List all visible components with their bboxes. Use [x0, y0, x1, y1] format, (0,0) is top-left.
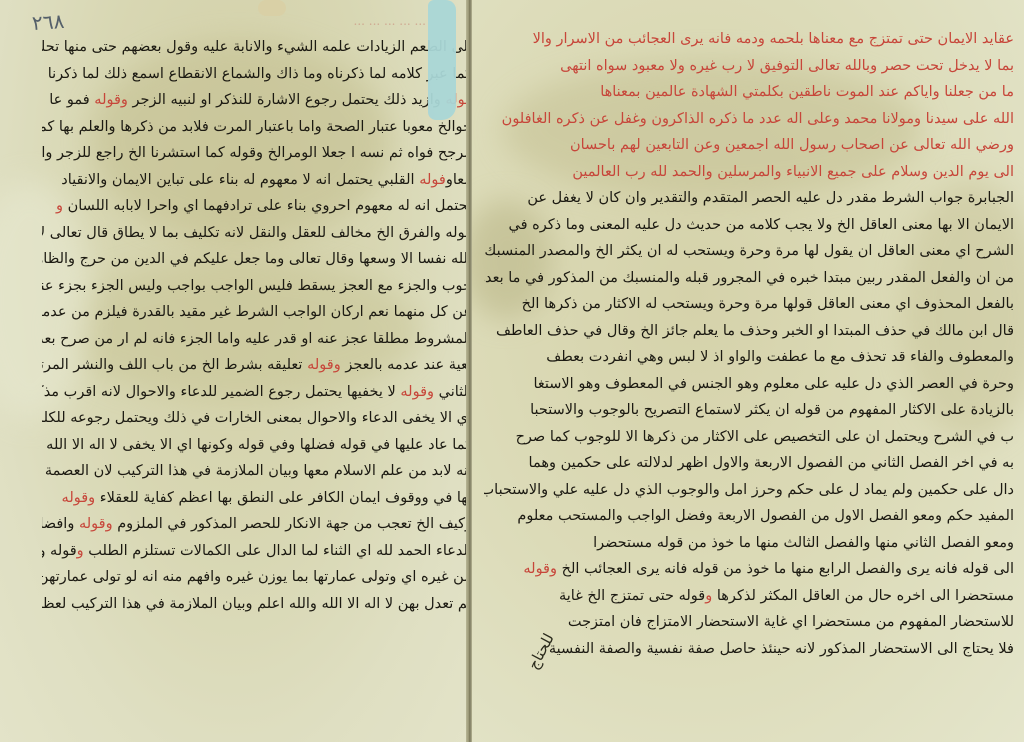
text-line: المفيد حكم ومعو الفصل الاول من الفصول ال… [484, 503, 1014, 530]
text-line: اي الا يخفى الدعاء والاحوال بمعنى الخارا… [42, 405, 468, 432]
text-line: الثاني وقوله لا يخفيها يحتمل رجوع الضمير… [42, 379, 468, 406]
text-line: ومعو الفصل الثاني منها والفصل الثالث منه… [484, 530, 1014, 557]
text-line: الشرح اي معنى العاقل ان يقول لها مرة وحر… [484, 238, 1014, 265]
text-line: مستحضرا الى اخره حال من العاقل المكثر لذ… [484, 583, 1014, 610]
faded-header-line: ... ... ... ... ... [96, 14, 426, 30]
text-line: نعية عند عدمه بالعجز وقوله تعليقه بشرط ا… [42, 352, 468, 379]
text-line: دال على حكمين ولم يماد ل على حكم وحرز ام… [484, 477, 1014, 504]
rubric-word: وقوله [74, 516, 117, 532]
text-line: من غيره اي وتولى عمارتها بما يوزن غيره و… [42, 564, 468, 591]
text-line: والمعطوف والفاء قد تحذف مع ما عطفت والوا… [484, 344, 1014, 371]
rubric-word: وقوله [396, 384, 439, 400]
text-line: الجبابرة جواب الشرط مقدر دل عليه الحصر ا… [484, 185, 1014, 212]
text-line: من ان والفعل المقدر ربين مبتدا خبره في ا… [484, 265, 1014, 292]
rubric-line: ما من جعلنا واياكم عند الموت ناطقين بكلم… [484, 79, 1014, 106]
repair-tape [428, 0, 456, 120]
text-line: بها في ووقوف ايمان الكافر على النطق بها … [42, 485, 468, 512]
folio-number: ٢٦٨ [31, 9, 65, 35]
text-line: بالفعل المحذوف اي معنى العاقل قولها مرة … [484, 291, 1014, 318]
text-line: لم تعدل بهن لا اله الا الله والله اعلم و… [42, 591, 468, 618]
text-line: للاستحضار المفهوم من مستحضرا اي غاية الا… [484, 609, 1014, 636]
text-line: انه لابد من علم الاسلام معها وبيان الملا… [42, 458, 468, 485]
text-line: الدعاء الحمد لله اي الثناء لما الدال على… [42, 538, 468, 565]
text-line: كما عاد عليها في قوله فضلها وفي قوله وكو… [42, 432, 468, 459]
text-line: الى قوله فانه يرى والفصل الرابع منها ما … [484, 556, 1014, 583]
text-line: وحرة في العصر الذي دل عليه على معلوم وهو… [484, 371, 1014, 398]
text-line: به في اخر الفصل الثاني من الفصول الاربعة… [484, 450, 1014, 477]
text-line: فوله والفرق الخ مخالف للعقل والنقل لانه … [42, 220, 468, 247]
text-line: الى الطعم الزيادات علمه الشيء والانابة ع… [42, 34, 468, 61]
rubric-word: و [77, 543, 89, 559]
text-line: كما عبر كلامه لما ذكرناه وما ذاك والشماع… [42, 61, 468, 88]
text-line: قال ابن مالك في حذف المبتدا او الخبر وحذ… [484, 318, 1014, 345]
text-line: وكيف الخ تعجب من جهة الانكار للحصر المذك… [42, 511, 468, 538]
text-line: الايمان الا بها معنى العاقل الخ ولا يجب … [484, 212, 1014, 239]
rubric-line: عقايد الايمان حتى تمتزج مع معناها بلحمه … [484, 26, 1014, 53]
rubric-word: وقوله [523, 561, 561, 577]
rubric-line: ورضي الله تعالى عن اصحاب رسول الله اجمعي… [484, 132, 1014, 159]
text-line: مرجح فواه ثم نسه ا جعلا الومرالخ وقوله ك… [42, 140, 468, 167]
right-text-block: عقايد الايمان حتى تمتزج مع معناها بلحمه … [484, 26, 1014, 662]
rubric-word: وقوله [90, 92, 133, 108]
binding-clip [258, 0, 286, 16]
rubric-word: وقوله [302, 357, 345, 373]
left-text-block: الى الطعم الزيادات علمه الشيء والانابة ع… [42, 34, 468, 617]
rubric-line: الى يوم الدين وسلام على جميع الانبياء وا… [484, 159, 1014, 186]
text-line: معاوفوله القلبي يحتمل انه لا معهوم له بن… [42, 167, 468, 194]
rubric-word: و [705, 588, 717, 604]
text-line: يحتمل انه له معهوم احروي بناء على ترادفه… [42, 193, 468, 220]
rubric-line: الله على سيدنا ومولانا محمد وعلى اله عدد… [484, 106, 1014, 133]
left-page: ٢٦٨ ... ... ... ... ... الى الطعم الزياد… [0, 0, 468, 742]
text-line: فلا يحتاج الى الاستحضار المذكور لانه حين… [484, 636, 1014, 663]
text-line: جوب والجزء مع العجز يسقط فليس الواجب بوا… [42, 273, 468, 300]
rubric-word: فوله [419, 172, 446, 188]
manuscript-spread: ٢٦٨ ... ... ... ... ... الى الطعم الزياد… [0, 0, 1024, 742]
text-line: ب في الشرح ويحتمل ان على التخصيص على الا… [484, 424, 1014, 451]
text-line: عن كل منهما نعم اركان الواجب الشرط غير م… [42, 299, 468, 326]
text-line: المشروط مطلقا عجز عنه او قدر عليه واما ا… [42, 326, 468, 353]
rubric-line: بما لا يدخل تحت حصر وبالله تعالى التوفيق… [484, 53, 1014, 80]
text-line: حوالخ معوبا عتبار الصحة واما باعتبار الم… [42, 114, 468, 141]
rubric-word: و [56, 198, 68, 214]
right-page: عقايد الايمان حتى تمتزج مع معناها بلحمه … [472, 0, 1024, 742]
text-line: بالزيادة على الاكثار المفهوم من قوله ان … [484, 397, 1014, 424]
text-line: الله نفسا الا وسعها وقال تعالى وما جعل ع… [42, 246, 468, 273]
text-line: فوله وازيد ذلك يحتمل رجوع الاشارة للنذكر… [42, 87, 468, 114]
rubric-word: وقوله [62, 490, 100, 506]
